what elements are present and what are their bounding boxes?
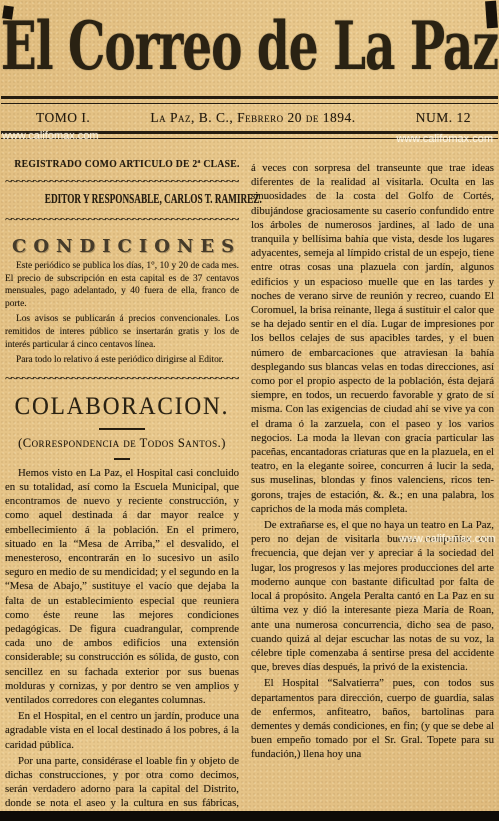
paragraph: Hemos visto en La Paz, el Hospital casi … bbox=[5, 466, 239, 707]
watermark-mid-right: www.califomax.com bbox=[399, 533, 496, 545]
watermark-top-left: www.califomax.com bbox=[2, 130, 99, 142]
subhead-rule bbox=[114, 458, 130, 460]
newspaper-title: El Correo de La Paz bbox=[1, 8, 498, 86]
paragraph: El Hospital “Salvatierra” pues, con todo… bbox=[251, 676, 494, 761]
dateline: TOMO I. La Paz, B. C., Febrero 20 de 189… bbox=[0, 104, 499, 131]
paragraph: Por una parte, considérase el loable fin… bbox=[5, 754, 239, 811]
wavy-divider bbox=[5, 214, 239, 224]
headline-rule bbox=[99, 428, 145, 430]
volume-label: TOMO I. bbox=[36, 110, 90, 126]
paragraph: Para todo lo relativo á este periódico d… bbox=[5, 354, 239, 367]
paragraph: Este periódico se publica los días, 1°, … bbox=[5, 260, 239, 310]
scan-corner-mark-right bbox=[485, 1, 498, 29]
condiciones-text: Este periódico se publica los días, 1°, … bbox=[5, 260, 239, 367]
paragraph: Los avisos se publicarán á precios conve… bbox=[5, 313, 239, 351]
article-subhead: (Correspondencia de Todos Santos.) bbox=[5, 436, 239, 451]
masthead: El Correo de La Paz bbox=[0, 0, 499, 96]
wavy-divider bbox=[5, 373, 239, 383]
article-body-left: Hemos visto en La Paz, el Hospital casi … bbox=[5, 466, 239, 811]
registration-notice: REGISTRADO COMO ARTICULO DE 2ª CLASE. bbox=[14, 159, 229, 170]
issue-date: La Paz, B. C., Febrero 20 de 1894. bbox=[150, 110, 355, 126]
article-headline: COLABORACION. bbox=[13, 393, 231, 421]
masthead-rule bbox=[1, 96, 498, 104]
scan-bottom-edge bbox=[0, 811, 499, 821]
scan-corner-mark-left bbox=[2, 5, 14, 19]
editor-line: EDITOR Y RESPONSABLE, CARLOS T. RAMIREZ. bbox=[45, 192, 199, 208]
article-body-right: á veces con sorpresa del transeunte que … bbox=[251, 161, 494, 762]
paragraph: En el Hospital, en el centro un jardín, … bbox=[5, 709, 239, 752]
paragraph: á veces con sorpresa del transeunte que … bbox=[251, 161, 494, 516]
content-columns: REGISTRADO COMO ARTICULO DE 2ª CLASE. ED… bbox=[0, 139, 499, 811]
newspaper-page: El Correo de La Paz TOMO I. La Paz, B. C… bbox=[0, 0, 499, 821]
watermark-top-right: www.califomax.com bbox=[396, 133, 493, 145]
condiciones-heading: CONDICIONES bbox=[5, 236, 239, 257]
wavy-divider bbox=[5, 176, 239, 186]
right-column: á veces con sorpresa del transeunte que … bbox=[251, 139, 494, 811]
column-gutter bbox=[239, 139, 251, 811]
issue-number: NUM. 12 bbox=[416, 110, 471, 126]
left-column: REGISTRADO COMO ARTICULO DE 2ª CLASE. ED… bbox=[5, 139, 239, 811]
